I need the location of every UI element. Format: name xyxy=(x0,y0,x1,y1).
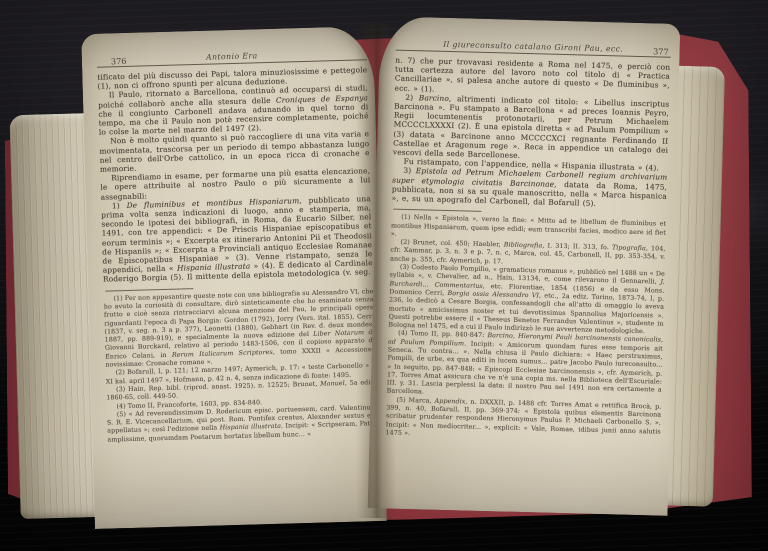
photo-open-book: 376 Antonio Era tificato del più discuss… xyxy=(0,0,768,551)
left-body-text: tificato del più discusso dei Papi, talo… xyxy=(97,65,373,284)
right-page-number: 377 xyxy=(653,46,669,56)
footnote: (5) « Ad reverendissimum D. Rodericum ep… xyxy=(107,404,378,445)
body-paragraph: 1) De fluminibus et montibus Hispaniarum… xyxy=(101,194,373,284)
right-footnotes: (1) Nella « Epistola », verso la fine: «… xyxy=(385,214,666,445)
left-footnotes: (1) Per non appesantire queste note con … xyxy=(103,288,377,445)
left-page-number: 376 xyxy=(111,55,127,65)
footnote: (4) Tomo II, pp. 840-847: Barcino, Hiero… xyxy=(387,330,664,404)
right-body-text: n. 7) che pur trovavasi residente a Roma… xyxy=(392,56,671,210)
footnote: (1) Per non appesantire queste note con … xyxy=(103,288,375,370)
left-footnote-rule xyxy=(105,288,193,291)
footnote: (5) Marca, Appendix, n. DXXXII, p. 1488 … xyxy=(385,396,661,445)
body-paragraph: 2) Barcino, altrimenti indicato col tito… xyxy=(393,92,670,164)
right-footnote-rule xyxy=(393,209,481,212)
body-paragraph: Il Paulo, ritornato a Barcellona, contin… xyxy=(98,84,369,138)
left-running-header: 376 Antonio Era xyxy=(97,48,367,68)
right-running-header: Il giureconsulto catalano Gironi Pau, ec… xyxy=(396,39,671,58)
body-paragraph: 3) Epistola ad Petrum Michaelem Carbonel… xyxy=(392,166,668,210)
footnote: (3) Codesto Paolo Pompilio, « gramaticus… xyxy=(388,264,665,338)
right-running-head: Il giureconsulto catalano Gironi Pau, ec… xyxy=(396,39,671,55)
left-running-head: Antonio Era xyxy=(97,48,367,65)
right-page-text-block: Il giureconsulto catalano Gironi Pau, ec… xyxy=(385,39,670,445)
right-page: Il giureconsulto catalano Gironi Pau, ec… xyxy=(368,16,681,516)
left-page: 376 Antonio Era tificato del più discuss… xyxy=(81,26,387,529)
left-page-text-block: 376 Antonio Era tificato del più discuss… xyxy=(97,48,378,444)
